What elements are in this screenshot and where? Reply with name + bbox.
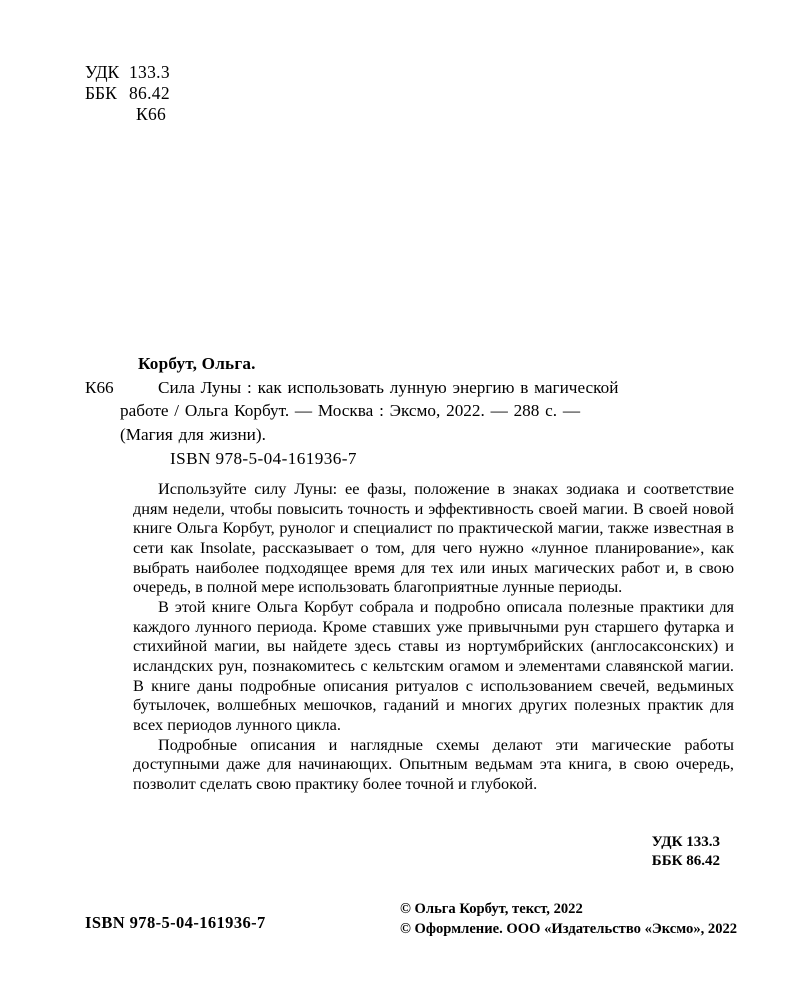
- author-sign: К66: [129, 104, 166, 125]
- classification-codes-bottom: УДК 133.3 ББК 86.42: [652, 833, 720, 871]
- annotation-paragraph-3: Подробные описания и наглядные схемы дел…: [133, 735, 734, 794]
- annotation-paragraph-1: Используйте силу Луны: ее фазы, положени…: [133, 479, 734, 597]
- biblio-margin-code: К66: [85, 376, 114, 400]
- biblio-body: К66 Сила Луны : как использовать лунную …: [85, 376, 733, 447]
- bbk-value: 86.42: [129, 83, 170, 104]
- biblio-isbn: ISBN 978-5-04-161936-7: [170, 447, 733, 471]
- author-sign-spacer: [85, 104, 129, 125]
- udk-label: УДК: [85, 62, 129, 83]
- classification-codes-top: УДК 133.3 ББК 86.42 К66: [85, 62, 170, 125]
- biblio-description: Сила Луны : как использовать лунную энер…: [120, 376, 720, 447]
- udk-value: 133.3: [129, 62, 170, 83]
- copyright-block: © Ольга Корбут, текст, 2022 © Оформление…: [400, 900, 737, 939]
- footer-isbn: ISBN 978-5-04-161936-7: [85, 913, 266, 933]
- biblio-author-heading: Корбут, Ольга.: [85, 352, 733, 376]
- bbk-code-row: ББК 86.42: [85, 83, 170, 104]
- annotation-paragraph-2: В этой книге Ольга Корбут собрала и подр…: [133, 597, 734, 735]
- author-sign-row: К66: [85, 104, 170, 125]
- udk-code-row: УДК 133.3: [85, 62, 170, 83]
- bibliographic-record: Корбут, Ольга. К66 Сила Луны : как испол…: [85, 352, 733, 471]
- bbk-label: ББК: [85, 83, 129, 104]
- annotation-block: Используйте силу Луны: ее фазы, положени…: [133, 479, 734, 794]
